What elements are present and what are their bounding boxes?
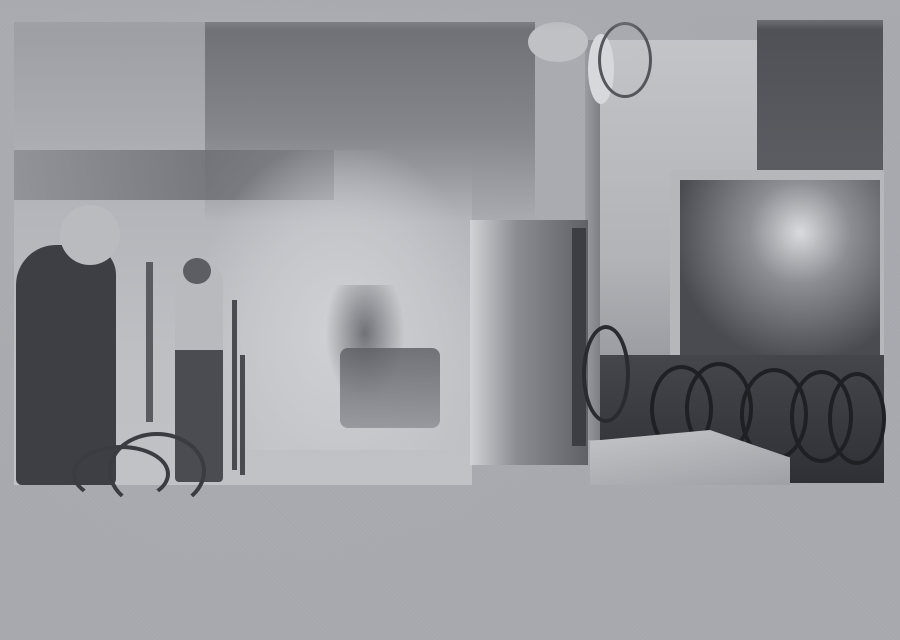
door-edge: [572, 228, 586, 446]
equipment-pole: [146, 262, 153, 422]
microphone-stand: [232, 300, 237, 470]
floor-cable-loop: [108, 432, 206, 510]
control-room-window: [680, 180, 880, 355]
musician-head-2: [183, 258, 211, 284]
coiled-cable-5: [828, 372, 886, 465]
drum-kit: [340, 348, 440, 428]
fan-guard: [598, 22, 652, 98]
wall-fan: [528, 22, 648, 104]
microphone-stand-2: [240, 355, 245, 475]
musician-head: [60, 205, 120, 265]
top-fade: [0, 0, 900, 30]
hanging-cable: [582, 325, 630, 423]
studio-door: [470, 220, 588, 465]
